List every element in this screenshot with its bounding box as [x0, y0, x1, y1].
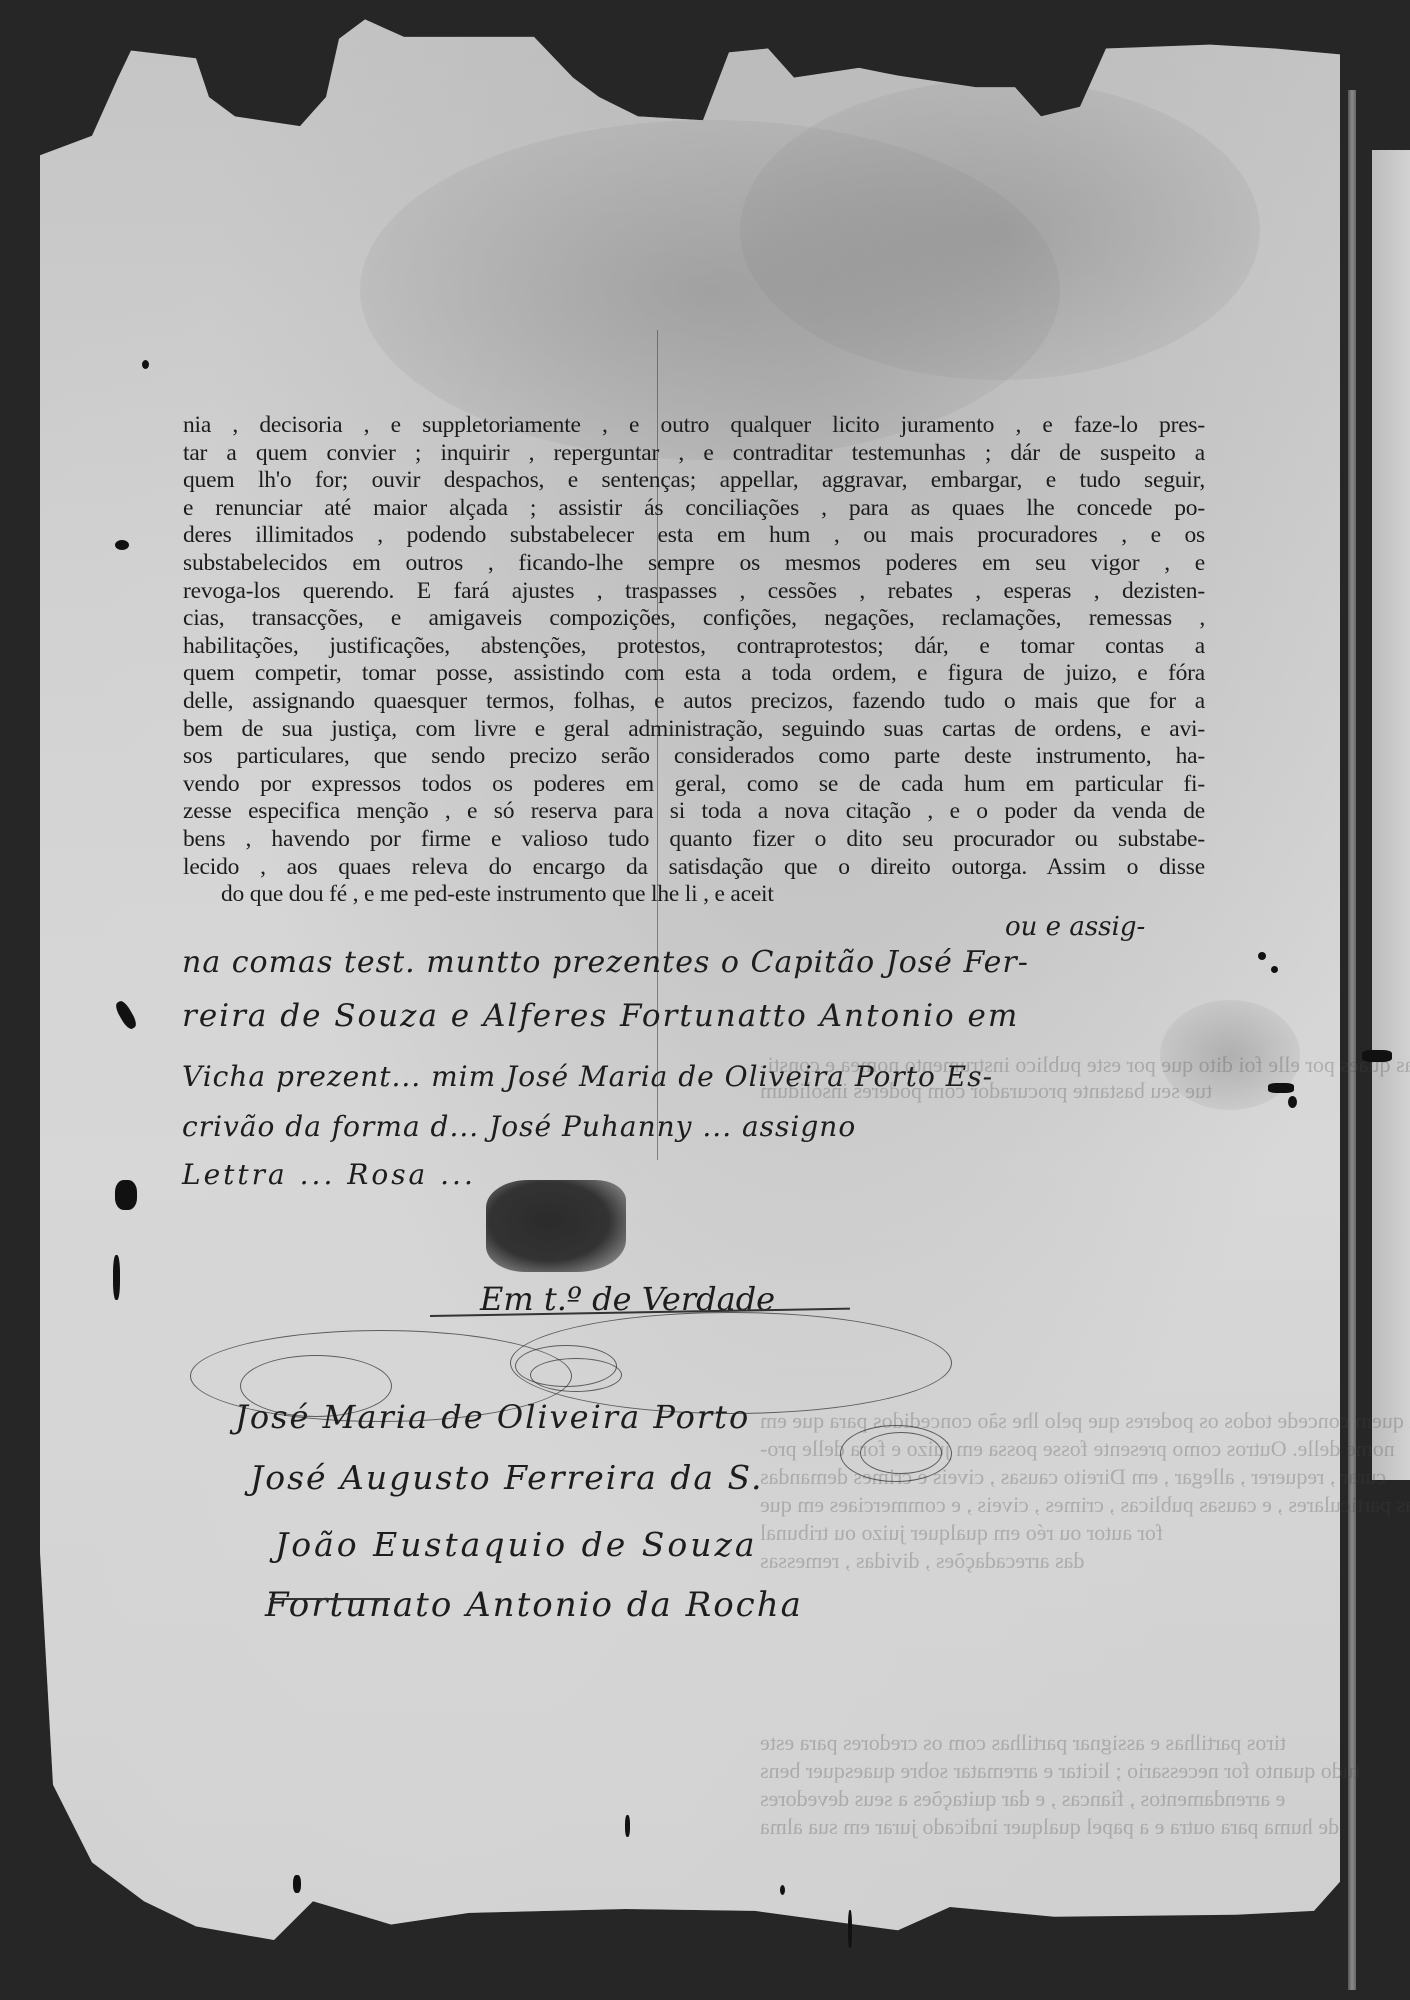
water-stain	[740, 80, 1260, 380]
ink-blot	[113, 1255, 120, 1300]
printed-line: cias, transacções, e amigaveis compoziçõ…	[183, 605, 1205, 633]
bleed-line: de huma para outra e a papel qualquer in…	[760, 1814, 1339, 1840]
printed-line: zesse especifica menção , e só reserva p…	[183, 798, 1205, 826]
ink-blot	[1362, 1050, 1392, 1062]
handwritten-line: na comas test. muntto prezentes o Capitã…	[182, 945, 1029, 980]
printed-line: quem competir, tomar posse, assistindo c…	[183, 660, 1205, 688]
ink-speck	[293, 1875, 301, 1893]
printed-line: delle, assignando quaesquer termos, folh…	[183, 688, 1205, 716]
printed-line: do que dou fé , e me ped-este instrument…	[183, 881, 1205, 909]
ink-blot	[115, 1180, 137, 1210]
ink-speck	[1271, 966, 1278, 973]
printed-line: bem de sua justiça, com livre e geral ad…	[183, 716, 1205, 744]
printed-line: sos particulares, que sendo precizo serã…	[183, 743, 1205, 771]
ink-speck	[625, 1815, 630, 1837]
handwritten-line: crivão da forma d... José Puhanny ... as…	[182, 1110, 856, 1143]
printed-line: vendo por expressos todos os poderes em …	[183, 771, 1205, 799]
printed-line: habilitações, justificações, abstenções,…	[183, 633, 1205, 661]
ink-speck	[1288, 1096, 1297, 1108]
handwritten-line: Vicha prezent... mim José Maria de Olive…	[182, 1060, 993, 1093]
handwritten-line: reira de Souza e Alferes Fortunatto Anto…	[182, 998, 1019, 1034]
bleed-line: for autor ou réo em qualquer juizo ou tr…	[760, 1520, 1163, 1546]
printed-line: quem lh'o for; ouvir despachos, e senten…	[183, 467, 1205, 495]
printed-line: nia , decisoria , e suppletoriamente , e…	[183, 412, 1205, 440]
printed-line: revoga-los querendo. E fará ajustes , tr…	[183, 578, 1205, 606]
facing-page-edge	[1372, 150, 1410, 1480]
bleed-line: das arrecadações , dividas , remessas	[760, 1548, 1084, 1574]
ink-speck	[1258, 952, 1266, 960]
handwritten-line: Lettra ... Rosa ...	[182, 1158, 476, 1191]
bleed-line: tudo quanto for necessario ; licitar e a…	[760, 1758, 1360, 1784]
signature-joao-eustaquio-souza: João Eustaquio de Souza	[275, 1525, 758, 1564]
scanned-document-page: perante as quaes por elle foi dito que p…	[0, 0, 1410, 2000]
printed-line: tar a quem convier ; inquirir , repergun…	[183, 440, 1205, 468]
signature-jose-maria-oliveira-porto: José Maria de Oliveira Porto	[235, 1398, 750, 1436]
printed-body-text: nia , decisoria , e suppletoriamente , e…	[183, 412, 1205, 909]
printed-line: e renunciar até maior alçada ; assistir …	[183, 495, 1205, 523]
signature-flourish	[530, 1358, 622, 1392]
binding-gutter	[1348, 90, 1356, 1990]
ink-speck	[848, 1910, 852, 1948]
signature-flourish	[860, 1432, 942, 1474]
bleed-line: cas particulares , e causas publicas , c…	[760, 1492, 1410, 1518]
signature-fortunato-antonio-rocha: Fortunato Antonio da Rocha	[265, 1585, 803, 1625]
printed-line: bens , havendo por firme e valioso tudo …	[183, 826, 1205, 854]
ink-seal	[486, 1180, 626, 1272]
ink-speck	[142, 360, 149, 369]
bleed-line: e arrendamentos , fiancas , e dar quitaç…	[760, 1786, 1285, 1812]
signature-jose-augusto-ferreira: José Augusto Ferreira da S.	[250, 1458, 763, 1497]
printed-line: lecido , aos quaes releva do encargo da …	[183, 854, 1205, 882]
handwritten-line: ou e assig-	[1005, 912, 1145, 942]
bleed-line: á quem concede todos os poderes que pelo…	[760, 1408, 1410, 1434]
ink-speck	[780, 1885, 785, 1895]
signature-strikeline	[270, 1598, 390, 1600]
ink-speck	[115, 540, 129, 550]
printed-line: substabelecidos em outros , ficando-lhe …	[183, 550, 1205, 578]
bleed-line: tiros partilhas e assignar partilhas com…	[760, 1730, 1286, 1756]
ink-blot	[1268, 1083, 1294, 1093]
printed-line: deres illimitados , podendo substabelece…	[183, 522, 1205, 550]
